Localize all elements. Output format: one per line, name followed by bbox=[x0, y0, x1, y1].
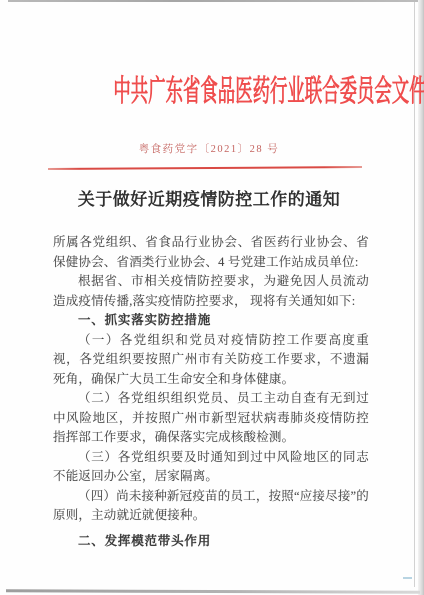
letterhead-org-title-text: 中共广东省食品医药行业联合委员会文件 bbox=[113, 72, 424, 112]
body-paragraph: （一）各党组织和党员对疫情防控工作要高度重视，各党组织要按照广州市有关防疫工作要… bbox=[53, 331, 369, 390]
scanned-document-page: 中共广东省食品医药行业联合委员会文件 粤食药党字〔2021〕28 号 关于做好近… bbox=[0, 0, 424, 595]
document-title: 关于做好近期疫情防控工作的通知 bbox=[0, 185, 418, 210]
letterhead-divider-rule bbox=[48, 166, 362, 170]
section-heading: 二、发挥模范带头作用 bbox=[53, 532, 369, 552]
body-paragraph: （四）尚未接种新冠疫苗的员工，按照“应接尽接”的原则，主动就近就便接种。 bbox=[53, 487, 369, 526]
scan-artifact-mark bbox=[403, 577, 412, 579]
document-number: 粤食药党字〔2021〕28 号 bbox=[0, 141, 418, 156]
body-paragraph: 根据省、市相关疫情防控要求，为避免因人员流动造成疫情传播,落实疫情防控要求， 现… bbox=[53, 272, 369, 311]
body-paragraph: （三）各党组织要及时通知到过中风险地区的同志不能返回办公室，居家隔离。 bbox=[53, 448, 369, 487]
body-paragraph: （二）各党组织组织党员、员工主动自查有无到过中风险地区，并按照广州市新型冠状病毒… bbox=[53, 389, 369, 448]
document-body: 所属各党组织、省食品行业协会、省医药行业协会、省保健协会、省酒类行业协会、4 号… bbox=[53, 233, 369, 551]
scan-edge-top bbox=[8, 0, 424, 2]
scan-shadow-bottom bbox=[6, 589, 420, 593]
body-paragraph: 所属各党组织、省食品行业协会、省医药行业协会、省保健协会、省酒类行业协会、4 号… bbox=[53, 233, 369, 272]
section-heading: 一、抓实落实防控措施 bbox=[53, 311, 369, 331]
letterhead-org-title: 中共广东省食品医药行业联合委员会文件 bbox=[0, 72, 418, 112]
